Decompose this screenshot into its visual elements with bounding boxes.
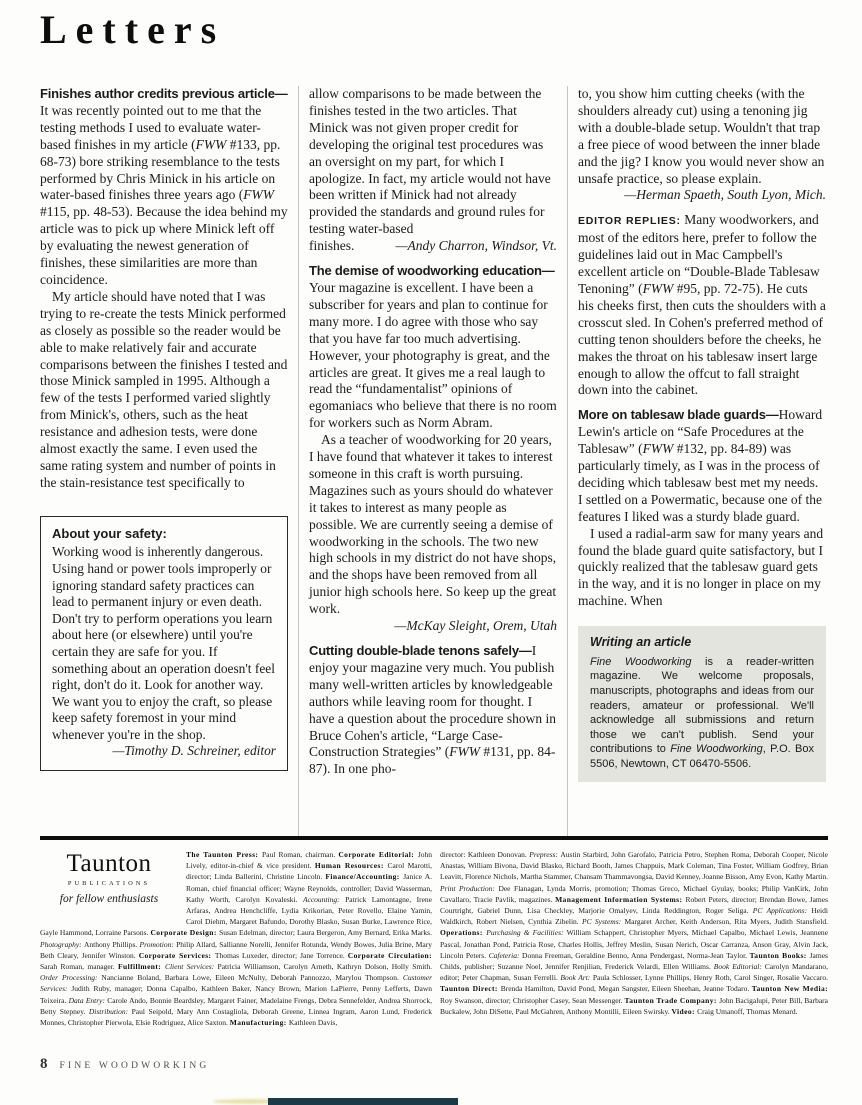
- letter-tenons-paragraph-2: to, you show him cutting cheeks (with th…: [578, 86, 826, 187]
- page-title: Letters: [40, 6, 225, 53]
- safety-box-title: About your safety:: [52, 526, 276, 543]
- letter-guards-paragraph-1: More on tablesaw blade guards—Howard Lew…: [578, 407, 826, 525]
- safety-box-signature: —Timothy D. Schreiner, editor: [52, 743, 276, 760]
- letter-demise-paragraph-1: The demise of woodworking education—Your…: [309, 263, 557, 432]
- letter-tenons-signature: —Herman Spaeth, South Lyon, Mich.: [578, 187, 826, 204]
- letter-finishes-paragraph-1: Finishes author credits previous article…: [40, 86, 288, 289]
- taunton-logo-publications: PUBLICATIONS: [40, 878, 178, 889]
- letter-demise-paragraph-2: As a teacher of woodworking for 20 years…: [309, 432, 557, 618]
- taunton-logo-wordmark: Taunton: [40, 851, 178, 877]
- editor-reply-paragraph: EDITOR REPLIES: Many woodworkers, and mo…: [578, 212, 826, 399]
- footer-magazine-title: FINE WOODWORKING: [60, 1061, 210, 1071]
- safety-box: About your safety: Working wood is inher…: [40, 516, 288, 772]
- magazine-page: Letters Finishes author credits previous…: [0, 0, 862, 1105]
- writing-box-title: Writing an article: [590, 635, 814, 650]
- masthead-right-column: director: Kathleen Donovan. Prepress: Au…: [440, 849, 828, 1028]
- masthead-left-column: Taunton PUBLICATIONS for fellow enthusia…: [40, 849, 432, 1028]
- letter-guards-paragraph-2: I used a radial-arm saw for many years a…: [578, 526, 826, 611]
- letter-finishes-paragraph-2: My article should have noted that I was …: [40, 289, 288, 492]
- taunton-logo-tagline: for fellow enthusiasts: [40, 894, 178, 905]
- taunton-logo: Taunton PUBLICATIONS for fellow enthusia…: [40, 849, 186, 927]
- safety-box-body: Working wood is inherently dangerous. Us…: [52, 544, 276, 743]
- page-footer: 8 FINE WOODWORKING: [40, 1056, 209, 1073]
- letter-demise-signature: —McKay Sleight, Orem, Utah: [309, 618, 557, 635]
- letter-finishes-closing-line: finishes. —Andy Charron, Windsor, Vt.: [309, 238, 557, 255]
- letter-finishes-last-words: finishes.: [309, 238, 354, 255]
- letters-columns: Finishes author credits previous article…: [40, 86, 828, 836]
- letters-column-3: to, you show him cutting cheeks (with th…: [567, 86, 826, 836]
- letter-finishes-paragraph-3: allow comparisons to be made between the…: [309, 86, 557, 238]
- writing-an-article-box: Writing an article Fine Woodworking is a…: [578, 626, 826, 781]
- scan-artifact-bar: [268, 1098, 458, 1105]
- masthead-right-text: director: Kathleen Donovan. Prepress: Au…: [440, 850, 828, 1016]
- writing-box-body: Fine Woodworking is a reader-written mag…: [590, 655, 814, 772]
- footer-page-number: 8: [40, 1056, 48, 1073]
- letters-column-1: Finishes author credits previous article…: [40, 86, 288, 836]
- masthead: Taunton PUBLICATIONS for fellow enthusia…: [40, 849, 828, 1028]
- letters-column-2: allow comparisons to be made between the…: [298, 86, 557, 836]
- letter-finishes-signature: —Andy Charron, Windsor, Vt.: [395, 238, 557, 255]
- masthead-divider-rule: [40, 836, 828, 840]
- letter-tenons-paragraph-1: Cutting double-blade tenons safely—I enj…: [309, 643, 557, 778]
